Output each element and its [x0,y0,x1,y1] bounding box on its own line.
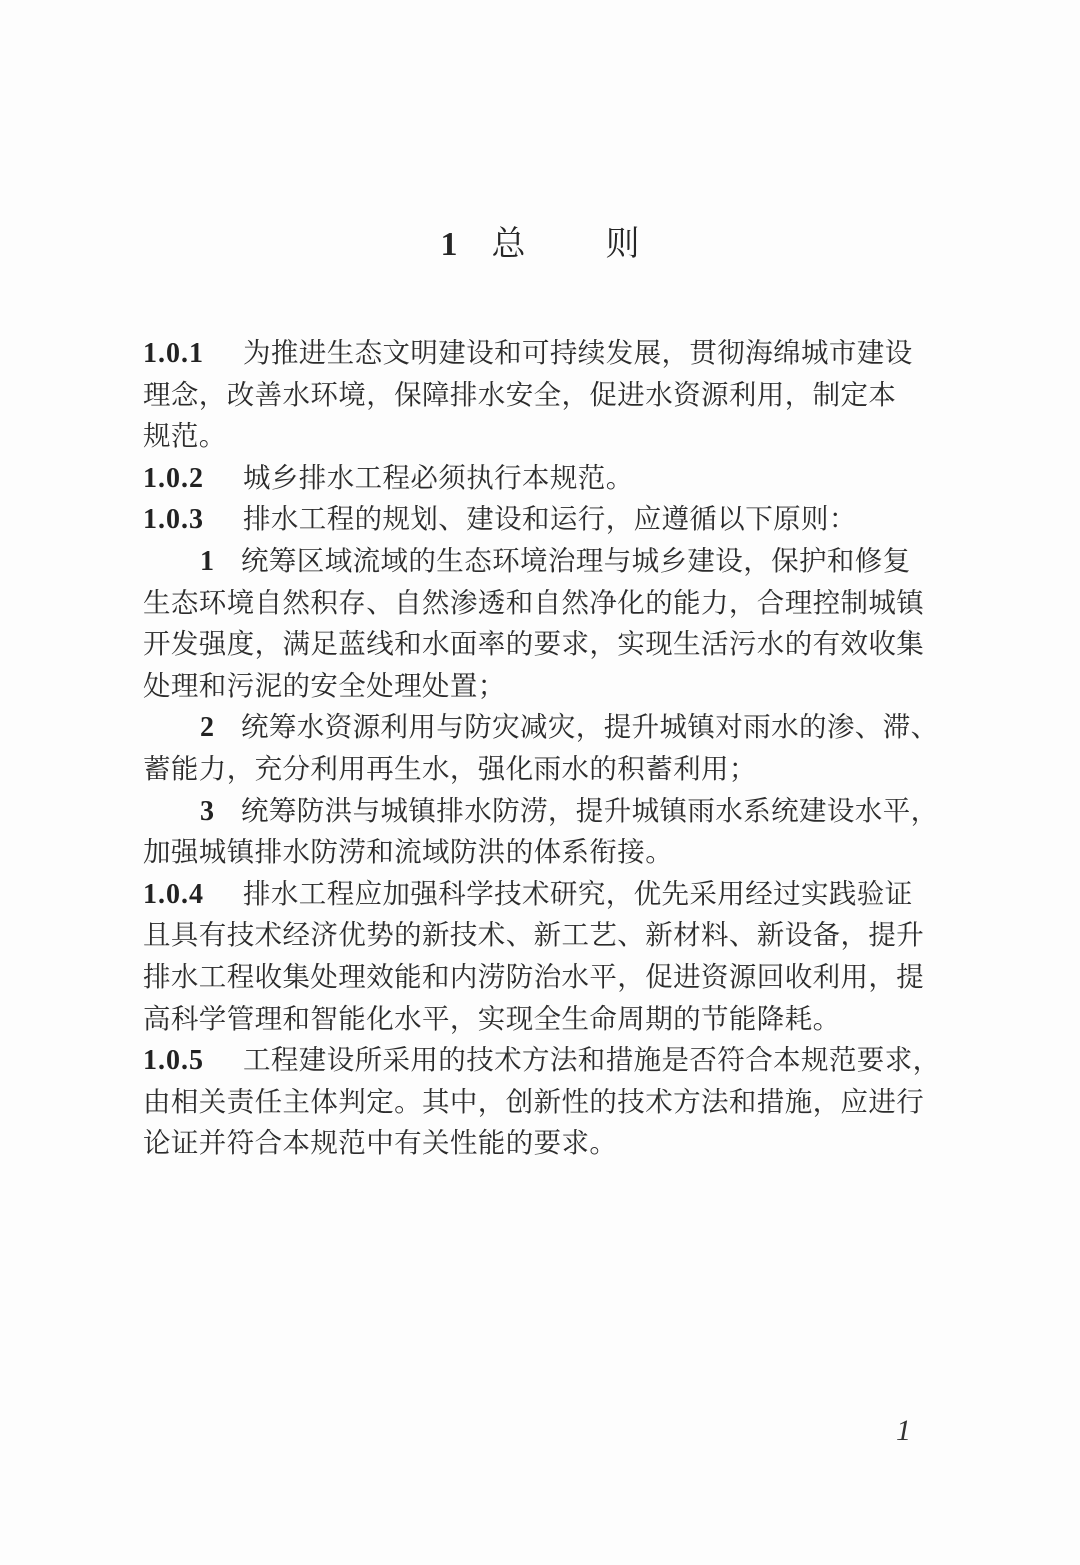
clause-1-0-3: 1.0.3排水工程的规划、建设和运行，应遵循以下原则： 1统筹区域流域的生态环境… [143,499,943,873]
chapter-title-char-2: 则 [606,222,640,266]
clause-text: 排水工程的规划、建设和运行，应遵循以下原则： [243,503,857,535]
clause-text: 为推进生态文明建设和可持续发展，贯彻海绵城市建设 [243,337,913,369]
clause-text: 工程建设所采用的技术方法和措施是否符合本规范要求， [243,1044,941,1076]
chapter-number: 1 [441,223,458,267]
list-item-3: 3统筹防洪与城镇排水防涝，提升城镇雨水系统建设水平， 加强城镇排水防涝和流域防洪… [143,791,943,874]
clause-text: 高科学管理和智能化水平，实现全生命周期的节能降耗。 [143,999,943,1041]
clause-number: 1.0.2 [143,458,243,500]
clause-text: 由相关责任主体判定。其中，创新性的技术方法和措施，应进行 [143,1082,943,1124]
chapter-body: 1.0.1为推进生态文明建设和可持续发展，贯彻海绵城市建设 理念，改善水环境，保… [143,333,943,1165]
item-text: 开发强度，满足蓝线和水面率的要求，实现生活污水的有效收集 [143,624,943,666]
list-item-1: 1统筹区域流域的生态环境治理与城乡建设，保护和修复 生态环境自然积存、自然渗透和… [143,541,943,707]
clause-number: 1.0.5 [143,1040,243,1082]
item-text: 生态环境自然积存、自然渗透和自然净化的能力，合理控制城镇 [143,583,943,625]
page-number: 1 [896,1414,911,1448]
item-text: 统筹防洪与城镇排水防涝，提升城镇雨水系统建设水平， [241,795,939,827]
item-text: 加强城镇排水防涝和流域防洪的体系衔接。 [143,832,943,874]
document-page: 1总则 1.0.1为推进生态文明建设和可持续发展，贯彻海绵城市建设 理念，改善水… [0,0,1080,1565]
clause-text: 排水工程收集处理效能和内涝防治水平，促进资源回收利用，提 [143,957,943,999]
item-number: 1 [200,541,241,583]
clause-number: 1.0.4 [143,874,243,916]
item-number: 2 [200,707,241,749]
clause-number: 1.0.3 [143,499,243,541]
clause-text: 排水工程应加强科学技术研究，优先采用经过实践验证 [243,878,913,910]
clause-text: 且具有技术经济优势的新技术、新工艺、新材料、新设备，提升 [143,915,943,957]
item-text: 蓄能力，充分利用再生水，强化雨水的积蓄利用； [143,749,943,791]
clause-1-0-5: 1.0.5工程建设所采用的技术方法和措施是否符合本规范要求， 由相关责任主体判定… [143,1040,943,1165]
clause-text: 论证并符合本规范中有关性能的要求。 [143,1123,943,1165]
clause-text: 城乡排水工程必须执行本规范。 [243,462,634,494]
clause-1-0-1: 1.0.1为推进生态文明建设和可持续发展，贯彻海绵城市建设 理念，改善水环境，保… [143,333,943,458]
clause-text: 理念，改善水环境，保障排水安全，促进水资源利用，制定本 [143,375,943,417]
clause-number: 1.0.1 [143,333,243,375]
clause-text: 规范。 [143,416,943,458]
item-text: 统筹区域流域的生态环境治理与城乡建设，保护和修复 [241,545,911,577]
chapter-title: 1总则 [0,222,1080,267]
item-number: 3 [200,791,241,833]
clause-1-0-2: 1.0.2城乡排水工程必须执行本规范。 [143,458,943,500]
item-text: 处理和污泥的安全处理处置； [143,666,943,708]
item-text: 统筹水资源利用与防灾减灾，提升城镇对雨水的渗、滞、 [241,711,939,743]
clause-1-0-4: 1.0.4排水工程应加强科学技术研究，优先采用经过实践验证 且具有技术经济优势的… [143,874,943,1040]
chapter-title-char-1: 总 [492,222,526,266]
list-item-2: 2统筹水资源利用与防灾减灾，提升城镇对雨水的渗、滞、 蓄能力，充分利用再生水，强… [143,707,943,790]
